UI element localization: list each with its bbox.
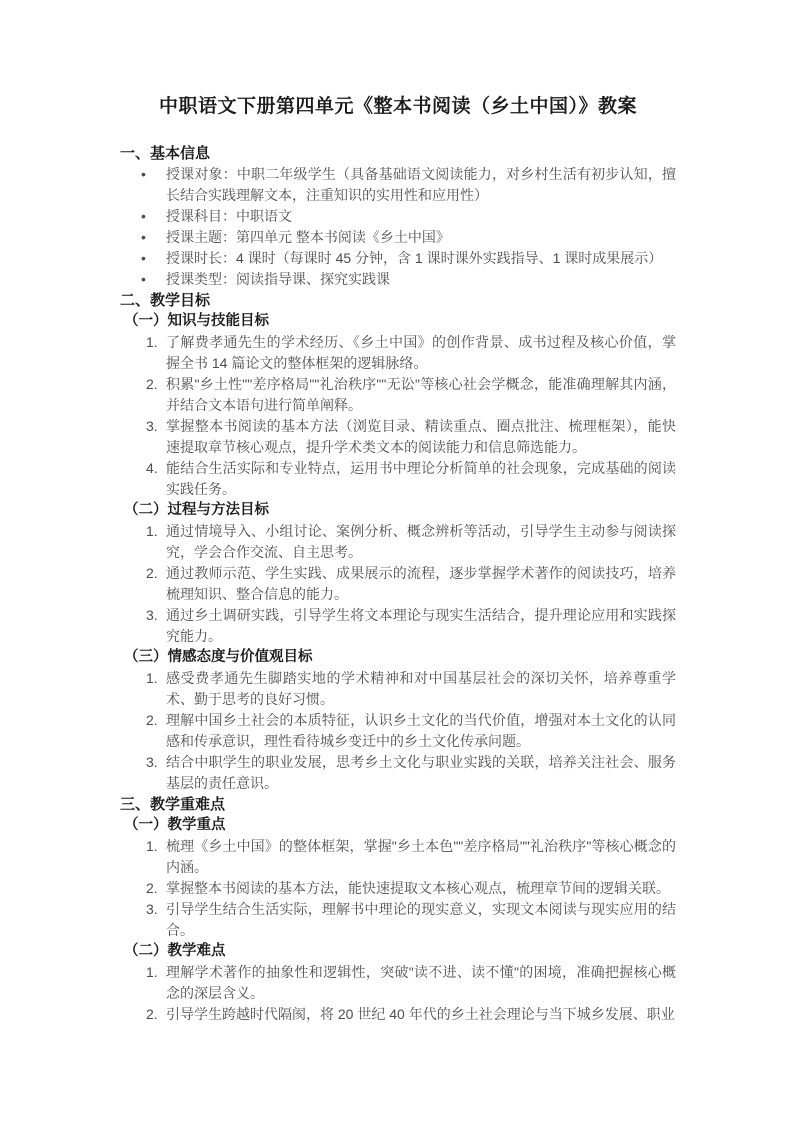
item-number: 2.	[146, 710, 166, 752]
bullet-icon: •	[141, 227, 166, 248]
item-number: 2.	[146, 563, 166, 605]
item-number: 1.	[146, 668, 166, 710]
item-text: 结合中职学生的职业发展，思考乡土文化与职业实践的关联，培养关注社会、服务基层的责…	[166, 752, 676, 794]
item-text: 能结合生活实际和专业特点，运用书中理论分析简单的社会现象，完成基础的阅读实践任务…	[166, 458, 676, 500]
bullet-list-item: •授课主题：第四单元 整本书阅读《乡土中国》	[120, 227, 676, 248]
numbered-list-item: 1.通过情境导入、小组讨论、案例分析、概念辨析等活动，引导学生主动参与阅读探究，…	[120, 521, 676, 563]
subsection-heading: （一）知识与技能目标	[120, 311, 676, 332]
bullet-text: 授课对象：中职二年级学生（具备基础语文阅读能力，对乡村生活有初步认知，擅长结合实…	[166, 164, 676, 206]
bullet-text: 授课主题：第四单元 整本书阅读《乡土中国》	[166, 227, 676, 248]
section-heading: 一、基本信息	[120, 143, 676, 164]
item-text: 通过情境导入、小组讨论、案例分析、概念辨析等活动，引导学生主动参与阅读探究，学会…	[166, 521, 676, 563]
numbered-list-item: 2.通过教师示范、学生实践、成果展示的流程，逐步掌握学术著作的阅读技巧，培养梳理…	[120, 563, 676, 605]
bullet-text: 授课时长：4 课时（每课时 45 分钟，含 1 课时课外实践指导、1 课时成果展…	[166, 248, 676, 269]
bullet-list-item: •授课对象：中职二年级学生（具备基础语文阅读能力，对乡村生活有初步认知，擅长结合…	[120, 164, 676, 206]
item-number: 4.	[146, 458, 166, 500]
item-text: 掌握整本书阅读的基本方法（浏览目录、精读重点、圈点批注、梳理框架），能快速提取章…	[166, 416, 676, 458]
item-text: 引导学生跨越时代隔阂，将 20 世纪 40 年代的乡土社会理论与当下城乡发展、职…	[166, 1004, 676, 1025]
numbered-list-item: 3.通过乡土调研实践，引导学生将文本理论与现实生活结合，提升理论应用和实践探究能…	[120, 605, 676, 647]
item-text: 理解中国乡土社会的本质特征，认识乡土文化的当代价值，增强对本土文化的认同感和传承…	[166, 710, 676, 752]
numbered-list-item: 3.掌握整本书阅读的基本方法（浏览目录、精读重点、圈点批注、梳理框架），能快速提…	[120, 416, 676, 458]
bullet-text: 授课类型：阅读指导课、探究实践课	[166, 269, 676, 290]
numbered-list-item: 2.理解中国乡土社会的本质特征，认识乡土文化的当代价值，增强对本土文化的认同感和…	[120, 710, 676, 752]
item-text: 通过教师示范、学生实践、成果展示的流程，逐步掌握学术著作的阅读技巧，培养梳理知识…	[166, 563, 676, 605]
bullet-list-item: •授课类型：阅读指导课、探究实践课	[120, 269, 676, 290]
item-number: 1.	[146, 332, 166, 374]
item-text: 引导学生结合生活实际，理解书中理论的现实意义，实现文本阅读与现实应用的结合。	[166, 899, 676, 941]
item-text: 掌握整本书阅读的基本方法，能快速提取文本核心观点，梳理章节间的逻辑关联。	[166, 878, 676, 899]
subsection-heading: （三）情感态度与价值观目标	[120, 647, 676, 668]
item-text: 理解学术著作的抽象性和逻辑性，突破"读不进、读不懂"的困境，准确把握核心概念的深…	[166, 962, 676, 1004]
item-number: 1.	[146, 962, 166, 1004]
bullet-text: 授课科目：中职语文	[166, 206, 676, 227]
item-text: 梳理《乡土中国》的整体框架，掌握"乡土本色""差序格局""礼治秩序"等核心概念的…	[166, 836, 676, 878]
item-text: 通过乡土调研实践，引导学生将文本理论与现实生活结合，提升理论应用和实践探究能力。	[166, 605, 676, 647]
item-number: 3.	[146, 605, 166, 647]
document-sections: 一、基本信息•授课对象：中职二年级学生（具备基础语文阅读能力，对乡村生活有初步认…	[120, 143, 676, 1025]
numbered-list-item: 3.结合中职学生的职业发展，思考乡土文化与职业实践的关联，培养关注社会、服务基层…	[120, 752, 676, 794]
numbered-list-item: 3.引导学生结合生活实际，理解书中理论的现实意义，实现文本阅读与现实应用的结合。	[120, 899, 676, 941]
section-heading: 三、教学重难点	[120, 794, 676, 815]
numbered-list-item: 2.引导学生跨越时代隔阂，将 20 世纪 40 年代的乡土社会理论与当下城乡发展…	[120, 1004, 676, 1025]
item-number: 1.	[146, 521, 166, 563]
item-number: 1.	[146, 836, 166, 878]
numbered-list-item: 1.理解学术著作的抽象性和逻辑性，突破"读不进、读不懂"的困境，准确把握核心概念…	[120, 962, 676, 1004]
item-text: 了解费孝通先生的学术经历、《乡土中国》的创作背景、成书过程及核心价值，掌握全书 …	[166, 332, 676, 374]
numbered-list-item: 1.感受费孝通先生脚踏实地的学术精神和对中国基层社会的深切关怀，培养尊重学术、勤…	[120, 668, 676, 710]
bullet-icon: •	[141, 248, 166, 269]
bullet-icon: •	[141, 269, 166, 290]
numbered-list-item: 1.了解费孝通先生的学术经历、《乡土中国》的创作背景、成书过程及核心价值，掌握全…	[120, 332, 676, 374]
item-text: 积累"乡土性""差序格局""礼治秩序""无讼"等核心社会学概念，能准确理解其内涵…	[166, 374, 676, 416]
bullet-list-item: •授课科目：中职语文	[120, 206, 676, 227]
document-content: 中职语文下册第四单元《整本书阅读（乡土中国）》教案 一、基本信息•授课对象：中职…	[120, 95, 676, 1025]
section-heading: 二、教学目标	[120, 290, 676, 311]
item-number: 3.	[146, 416, 166, 458]
numbered-list-item: 4.能结合生活实际和专业特点，运用书中理论分析简单的社会现象，完成基础的阅读实践…	[120, 458, 676, 500]
bullet-icon: •	[141, 164, 166, 206]
item-number: 3.	[146, 752, 166, 794]
item-number: 2.	[146, 878, 166, 899]
item-number: 2.	[146, 1004, 166, 1025]
bullet-icon: •	[141, 206, 166, 227]
item-text: 感受费孝通先生脚踏实地的学术精神和对中国基层社会的深切关怀，培养尊重学术、勤于思…	[166, 668, 676, 710]
bullet-list-item: •授课时长：4 课时（每课时 45 分钟，含 1 课时课外实践指导、1 课时成果…	[120, 248, 676, 269]
numbered-list-item: 2.掌握整本书阅读的基本方法，能快速提取文本核心观点，梳理章节间的逻辑关联。	[120, 878, 676, 899]
numbered-list-item: 2.积累"乡土性""差序格局""礼治秩序""无讼"等核心社会学概念，能准确理解其…	[120, 374, 676, 416]
item-number: 2.	[146, 374, 166, 416]
subsection-heading: （二）过程与方法目标	[120, 500, 676, 521]
item-number: 3.	[146, 899, 166, 941]
document-page: 中职语文下册第四单元《整本书阅读（乡土中国）》教案 一、基本信息•授课对象：中职…	[0, 0, 794, 1123]
subsection-heading: （二）教学难点	[120, 941, 676, 962]
numbered-list-item: 1.梳理《乡土中国》的整体框架，掌握"乡土本色""差序格局""礼治秩序"等核心概…	[120, 836, 676, 878]
document-title: 中职语文下册第四单元《整本书阅读（乡土中国）》教案	[120, 95, 676, 119]
subsection-heading: （一）教学重点	[120, 815, 676, 836]
